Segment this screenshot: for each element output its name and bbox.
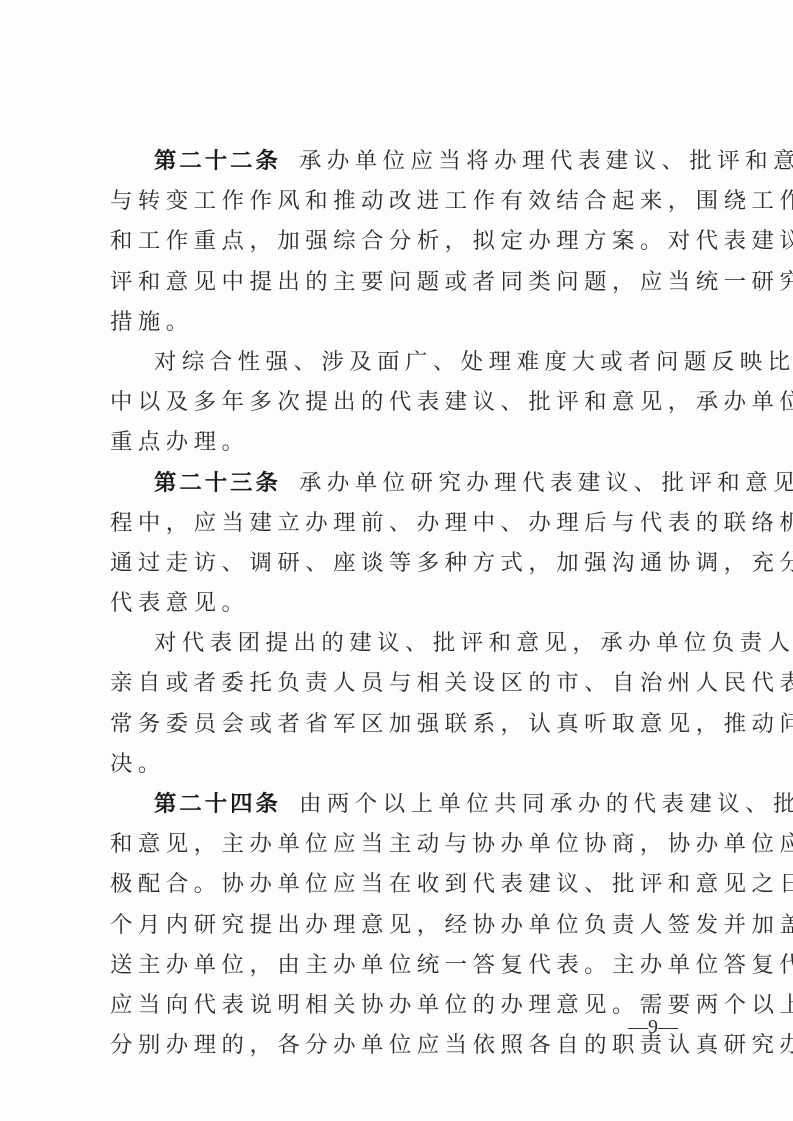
text-line: 评和意见中提出的主要问题或者同类问题，应当统一研究办理 <box>110 262 710 302</box>
text-line: 常务委员会或者省军区加强联系，认真听取意见，推动问题解 <box>110 704 710 744</box>
line-text: 承办单位研究办理代表建议、批评和意见过 <box>299 470 793 496</box>
line-text: 由两个以上单位共同承办的代表建议、批评 <box>299 791 793 817</box>
text-line: 代表意见。 <box>110 583 710 623</box>
text-line: 程中，应当建立办理前、办理中、办理后与代表的联络机制， <box>110 503 710 543</box>
text-line: 重点办理。 <box>110 422 710 462</box>
text-line: 分别办理的，各分办单位应当依照各自的职责认真研究办理， <box>110 1025 710 1065</box>
text-line: 亲自或者委托负责人员与相关设区的市、自治州人民代表大会 <box>110 663 710 703</box>
article-heading: 第二十四条 <box>154 791 281 817</box>
article-heading: 第二十二条 <box>154 148 281 174</box>
text-line: 第二十三条承办单位研究办理代表建议、批评和意见过 <box>110 463 710 503</box>
text-line: 对代表团提出的建议、批评和意见，承办单位负责人应当 <box>110 623 710 663</box>
text-line: 送主办单位，由主办单位统一答复代表。主办单位答复代表时， <box>110 945 710 985</box>
text-line: 通过走访、调研、座谈等多种方式，加强沟通协调，充分听取 <box>110 543 710 583</box>
article-heading: 第二十三条 <box>154 470 281 496</box>
text-line: 第二十四条由两个以上单位共同承办的代表建议、批评 <box>110 784 710 824</box>
text-line: 极配合。协办单位应当在收到代表建议、批评和意见之日起一 <box>110 864 710 904</box>
text-line: 和意见，主办单位应当主动与协办单位协商，协办单位应当积 <box>110 824 710 864</box>
text-line: 决。 <box>110 744 710 784</box>
text-line: 措施。 <box>110 302 710 342</box>
document-body: 第二十二条承办单位应当将办理代表建议、批评和意见 与转变工作作风和推动改进工作有… <box>110 141 710 1065</box>
line-text: 承办单位应当将办理代表建议、批评和意见 <box>299 148 793 174</box>
text-line: 第二十二条承办单位应当将办理代表建议、批评和意见 <box>110 141 710 181</box>
text-line: 对综合性强、涉及面广、处理难度大或者问题反映比较集 <box>110 342 710 382</box>
text-line: 个月内研究提出办理意见，经协办单位负责人签发并加盖公章 <box>110 905 710 945</box>
page-number: —9— <box>628 1016 678 1039</box>
text-line: 和工作重点，加强综合分析，拟定办理方案。对代表建议、批 <box>110 221 710 261</box>
document-page: 第二十二条承办单位应当将办理代表建议、批评和意见 与转变工作作风和推动改进工作有… <box>0 0 793 1121</box>
text-line: 应当向代表说明相关协办单位的办理意见。需要两个以上单位 <box>110 985 710 1025</box>
text-line: 与转变工作作风和推动改进工作有效结合起来，围绕工作职责 <box>110 181 710 221</box>
text-line: 中以及多年多次提出的代表建议、批评和意见，承办单位应当 <box>110 382 710 422</box>
